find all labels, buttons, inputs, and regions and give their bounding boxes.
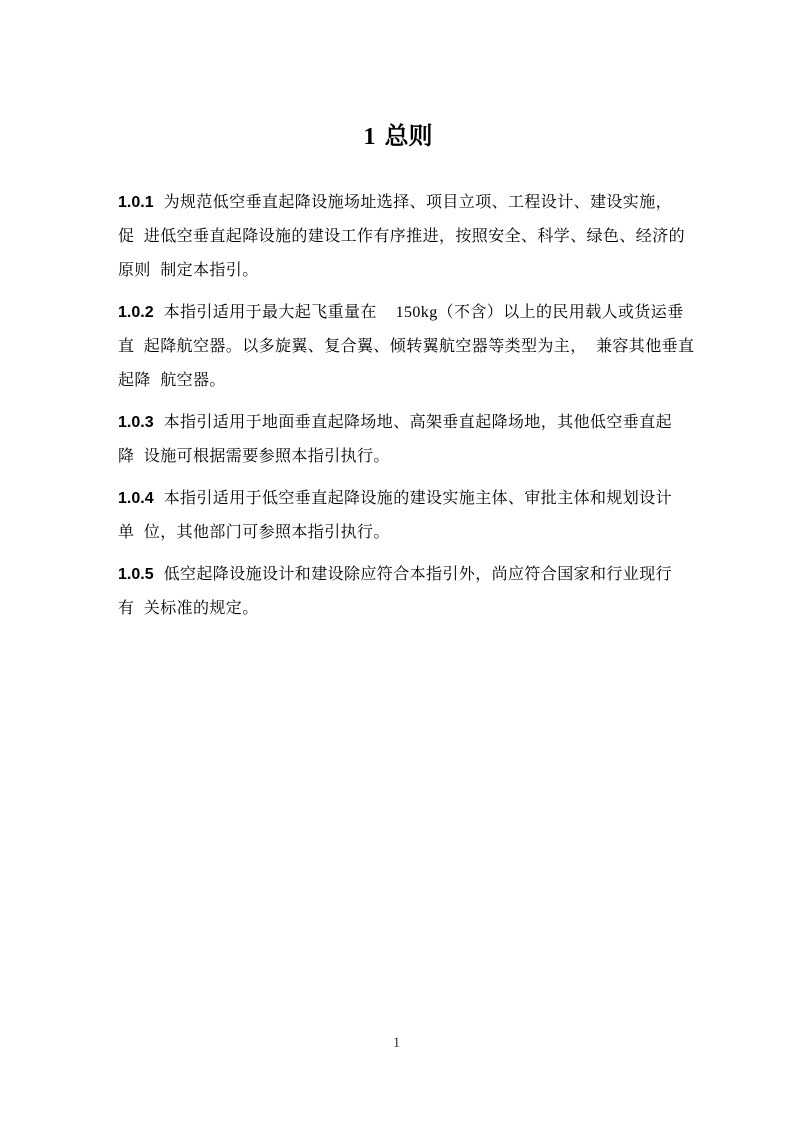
paragraph: 1.0.2本指引适用于最大起飞重量在 150kg（不含）以上的民用载人或货运垂 … (118, 296, 678, 398)
paragraph: 1.0.1为规范低空垂直起降设施场址选择、项目立项、工程设计、建设实施， 促 进… (118, 186, 678, 288)
paragraph: 1.0.4本指引适用于低空垂直起降设施的建设实施主体、审批主体和规划设计 单 位… (118, 482, 678, 550)
paragraph-line: 直 起降航空器。以多旋翼、复合翼、倾转翼航空器等类型为主， 兼容其他垂直 (118, 330, 678, 364)
paragraph-line: 降 设施可根据需要参照本指引执行。 (118, 440, 678, 474)
paragraph-line: 1.0.5低空起降设施设计和建设除应符合本指引外，尚应符合国家和行业现行 (118, 558, 678, 592)
paragraph-number: 1.0.4 (118, 490, 154, 507)
title-text: 总则 (385, 123, 433, 150)
paragraph-line: 起降 航空器。 (118, 364, 678, 398)
paragraph-text: 为规范低空垂直起降设施场址选择、项目立项、工程设计、建设实施， (164, 194, 672, 211)
page-title: 1总则 (118, 122, 678, 152)
paragraph-line: 有 关标准的规定。 (118, 592, 678, 626)
paragraph: 1.0.3本指引适用于地面垂直起降场地、高架垂直起降场地，其他低空垂直起 降 设… (118, 406, 678, 474)
paragraph: 1.0.5低空起降设施设计和建设除应符合本指引外，尚应符合国家和行业现行 有 关… (118, 558, 678, 626)
document-body: 1.0.1为规范低空垂直起降设施场址选择、项目立项、工程设计、建设实施， 促 进… (118, 186, 678, 634)
paragraph-line: 1.0.1为规范低空垂直起降设施场址选择、项目立项、工程设计、建设实施， (118, 186, 678, 220)
paragraph-line: 1.0.2本指引适用于最大起飞重量在 150kg（不含）以上的民用载人或货运垂 (118, 296, 678, 330)
paragraph-text: 本指引适用于低空垂直起降设施的建设实施主体、审批主体和规划设计 (164, 490, 672, 507)
paragraph-text: 本指引适用于地面垂直起降场地、高架垂直起降场地，其他低空垂直起 (164, 414, 672, 431)
paragraph-number: 1.0.3 (118, 414, 154, 431)
paragraph-text: 本指引适用于最大起飞重量在 150kg（不含）以上的民用载人或货运垂 (164, 304, 684, 321)
paragraph-line: 1.0.3本指引适用于地面垂直起降场地、高架垂直起降场地，其他低空垂直起 (118, 406, 678, 440)
paragraph-text: 低空起降设施设计和建设除应符合本指引外，尚应符合国家和行业现行 (164, 566, 672, 583)
paragraph-number: 1.0.2 (118, 304, 154, 321)
page-number-footer: 1 (0, 1032, 793, 1054)
paragraph-number: 1.0.1 (118, 194, 154, 211)
paragraph-line: 单 位，其他部门可参照本指引执行。 (118, 516, 678, 550)
title-number: 1 (364, 124, 376, 150)
document-page: 1总则 1.0.1为规范低空垂直起降设施场址选择、项目立项、工程设计、建设实施，… (0, 0, 793, 1122)
paragraph-line: 促 进低空垂直起降设施的建设工作有序推进，按照安全、科学、绿色、经济的 (118, 220, 678, 254)
paragraph-line: 原则 制定本指引。 (118, 254, 678, 288)
paragraph-line: 1.0.4本指引适用于低空垂直起降设施的建设实施主体、审批主体和规划设计 (118, 482, 678, 516)
paragraph-number: 1.0.5 (118, 566, 154, 583)
